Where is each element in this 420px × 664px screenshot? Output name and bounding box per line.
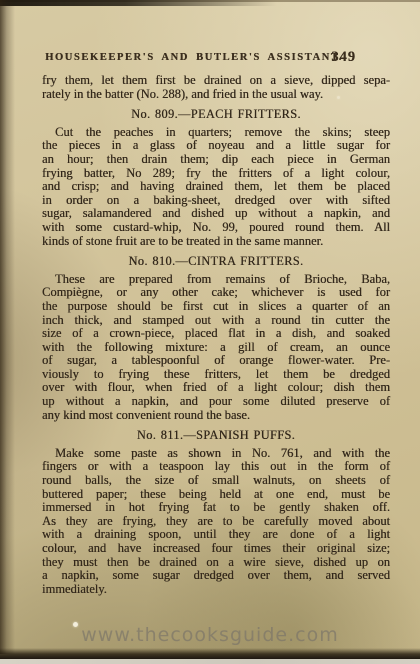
text-line: the purpose should be first cut in slice…: [42, 300, 390, 314]
text-line: sugar, salamandered and dished up withou…: [42, 207, 390, 221]
text-line: These are prepared from remains of Brioc…: [42, 273, 390, 287]
text-line: viously to frying these fritters, let th…: [42, 368, 390, 382]
text-line: any kind most convenient round the base.: [42, 409, 390, 423]
text-line: in order on a baking-sheet, dredged over…: [42, 194, 390, 208]
text-line: Compiègne, or any other cake; whichever …: [42, 286, 390, 300]
text-line: and crisp; and having drained them, let …: [42, 180, 390, 194]
text-line: of sugar, a tablespoonful of orange flow…: [42, 354, 390, 368]
running-title: HOUSEKEEPER'S AND BUTLER'S ASSISTANT.: [42, 52, 346, 63]
recipe-heading: No. 811.—SPANISH PUFFS.: [42, 429, 390, 443]
paper-speck: [337, 96, 340, 99]
text-line: kinds of stone fruit are to be treated i…: [42, 235, 390, 249]
watermark: www.thecooksguide.com: [0, 624, 420, 646]
scan-edge-left: [0, 0, 15, 654]
page-content: fry them, let them first be drained on a…: [42, 74, 390, 596]
text-line: a napkin, some sugar dredged over them, …: [42, 569, 390, 583]
text-column: HOUSEKEEPER'S AND BUTLER'S ASSISTANT. 34…: [42, 52, 390, 596]
text-line: frying batter, No 289; fry the fritters …: [42, 167, 390, 181]
text-line: fingers or with a teaspoon lay this out …: [42, 460, 390, 474]
text-line: the pieces in a glass of noyeau and a li…: [42, 139, 390, 153]
text-line: with the following mixture: a gill of cr…: [42, 341, 390, 355]
scan-edge-top: [0, 0, 277, 6]
scan-bottom-strip: [0, 659, 420, 664]
scanned-book-page: HOUSEKEEPER'S AND BUTLER'S ASSISTANT. 34…: [0, 0, 420, 664]
paragraph: Make some paste as shown in No. 761, and…: [42, 447, 390, 597]
paragraph: Cut the peaches in quarters; remove the …: [42, 126, 390, 248]
text-line: inch thick, and stamped out with a round…: [42, 314, 390, 328]
text-line: over with flour, when fried of a light c…: [42, 381, 390, 395]
text-line: fry them, let them first be drained on a…: [42, 74, 390, 88]
text-line: immersed in hot frying fat to be gently …: [42, 501, 390, 515]
paragraph: These are prepared from remains of Brioc…: [42, 273, 390, 423]
page-number: 349: [331, 49, 356, 66]
text-line: with a draining spoon, until they are do…: [42, 528, 390, 542]
text-line: Cut the peaches in quarters; remove the …: [42, 126, 390, 140]
text-line: buttered paper; these being held at one …: [42, 488, 390, 502]
text-line: size of a crown-piece, placed flat in a …: [42, 327, 390, 341]
text-line: colour, and have increased four times th…: [42, 542, 390, 556]
recipe-heading: No. 810.—CINTRA FRITTERS.: [42, 255, 390, 269]
text-line: an hour; then drain them; dip each piece…: [42, 153, 390, 167]
text-line: with some custard-whip, No. 99, poured r…: [42, 221, 390, 235]
text-line: up without a napkin, and pour some dilut…: [42, 395, 390, 409]
text-line: rately in the batter (No. 288), and frie…: [42, 88, 390, 102]
text-line: As they are frying, they are to be caref…: [42, 515, 390, 529]
paper-speck: [73, 622, 78, 627]
text-line: they must then be drained on a wire siev…: [42, 556, 390, 570]
recipe-heading: No. 809.—PEACH FRITTERS.: [42, 108, 390, 122]
book-page: HOUSEKEEPER'S AND BUTLER'S ASSISTANT. 34…: [0, 0, 420, 659]
text-line: immediately.: [42, 583, 390, 597]
scan-edge-bottom: [0, 648, 420, 659]
page-header: HOUSEKEEPER'S AND BUTLER'S ASSISTANT. 34…: [42, 52, 390, 66]
text-line: Make some paste as shown in No. 761, and…: [42, 447, 390, 461]
text-line: round balls, the size of small walnuts, …: [42, 474, 390, 488]
